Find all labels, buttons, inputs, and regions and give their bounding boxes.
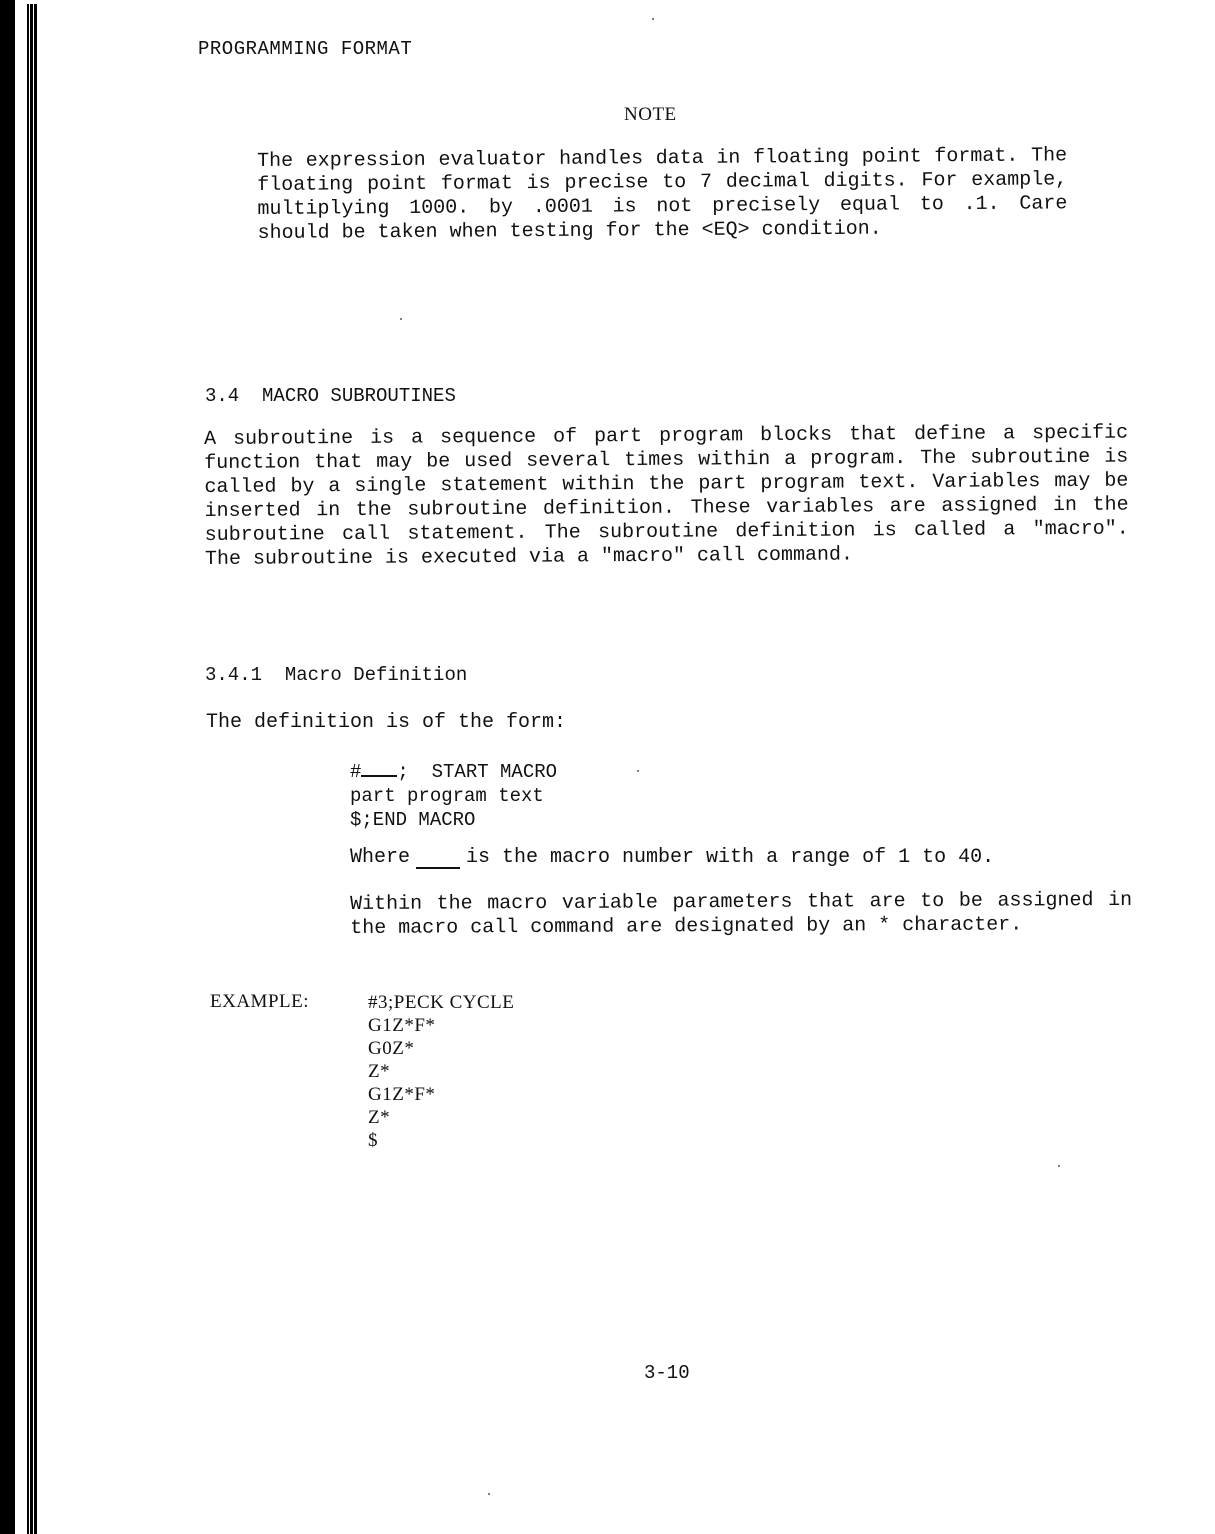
note-title: NOTE	[624, 104, 677, 126]
macro-start-label: ; START MACRO	[397, 761, 557, 783]
example-line: G1Z*F*	[368, 1083, 514, 1106]
within-paragraph: Within the macro variable parameters tha…	[350, 889, 1132, 941]
where-line: Whereis the macro number with a range of…	[350, 846, 994, 869]
running-header: PROGRAMMING FORMAT	[198, 38, 412, 60]
scan-speck	[652, 18, 654, 20]
macro-form-middle-line: part program text	[350, 784, 557, 808]
page-number: 3-10	[644, 1362, 690, 1384]
example-line: G0Z*	[368, 1037, 514, 1060]
where-after: is the macro number with a range of 1 to…	[466, 846, 994, 869]
where-before: Where	[350, 846, 410, 869]
section-heading-3-4: 3.4 MACRO SUBROUTINES	[205, 385, 456, 407]
example-line: #3;PECK CYCLE	[368, 991, 514, 1014]
example-line: G1Z*F*	[368, 1014, 514, 1037]
scan-speck	[637, 770, 639, 772]
scan-edge-binding	[27, 4, 37, 1534]
scan-edge-left	[0, 0, 15, 1534]
scan-speck	[400, 318, 402, 320]
example-code-block: #3;PECK CYCLE G1Z*F* G0Z* Z* G1Z*F* Z* $	[368, 991, 514, 1152]
definition-intro: The definition is of the form:	[206, 711, 566, 734]
subsection-heading-3-4-1: 3.4.1 Macro Definition	[205, 664, 467, 686]
section-body-3-4: A subroutine is a sequence of part progr…	[204, 422, 1129, 572]
scan-speck	[488, 1493, 490, 1495]
example-label: EXAMPLE:	[210, 991, 309, 1013]
macro-number-blank	[361, 757, 397, 777]
macro-form-end-line: $;END MACRO	[350, 808, 557, 832]
example-line: $	[368, 1129, 514, 1152]
where-blank	[416, 847, 460, 869]
scan-speck	[1058, 1165, 1060, 1167]
macro-form-start-line: #; START MACRO	[350, 757, 557, 784]
example-line: Z*	[368, 1060, 514, 1083]
note-body: The expression evaluator handles data in…	[257, 144, 1068, 246]
macro-hash: #	[350, 761, 361, 783]
example-line: Z*	[368, 1106, 514, 1129]
macro-form-block: #; START MACRO part program text $;END M…	[350, 757, 557, 832]
